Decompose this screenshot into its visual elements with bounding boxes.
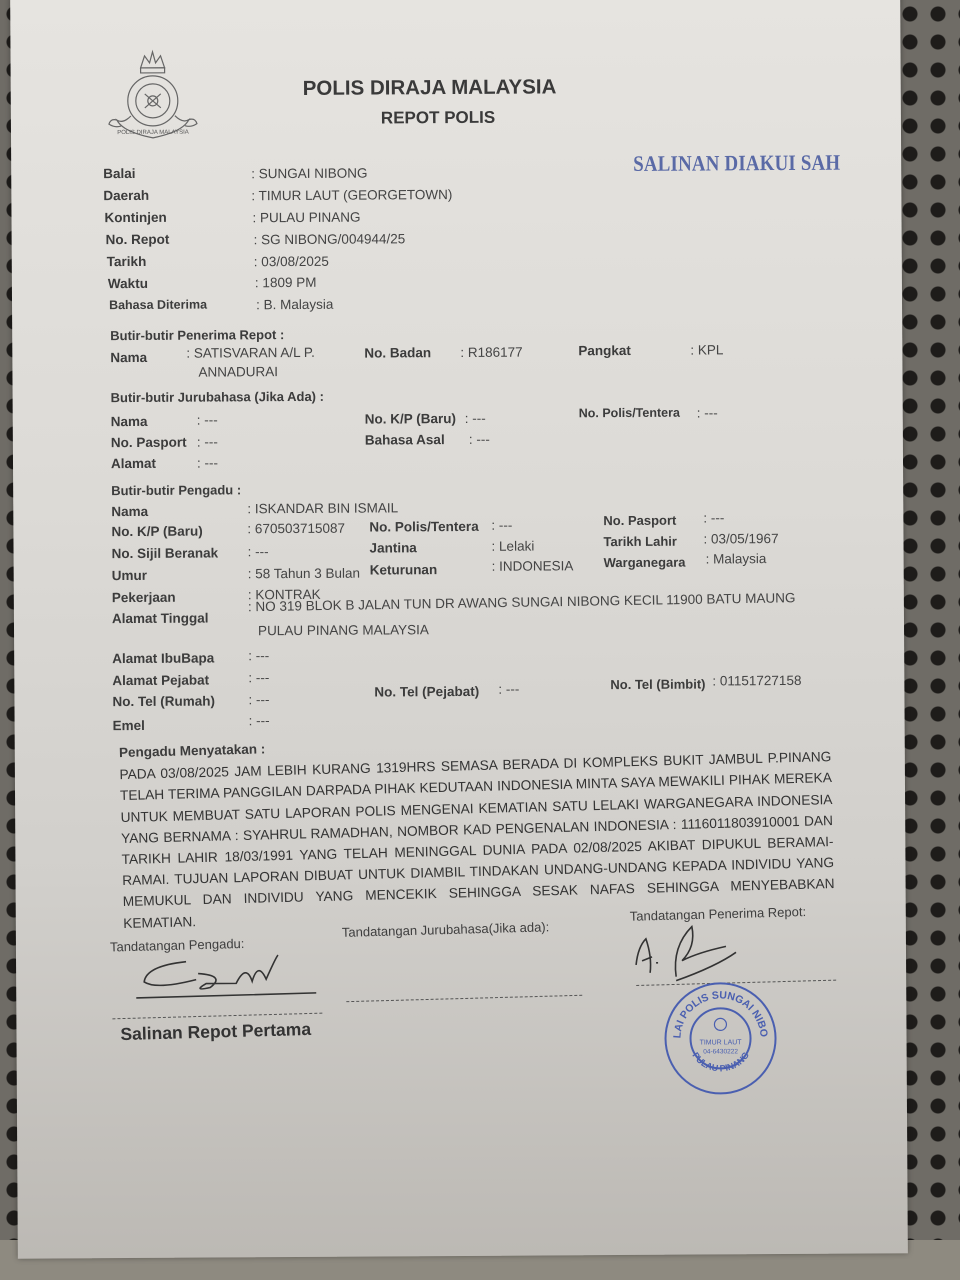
recipient-name-value: : SATISVARAN A/L P. <box>186 345 315 361</box>
station-label: Balai <box>103 166 135 181</box>
complainant-citizenship-value: : Malaysia <box>706 551 767 566</box>
complainant-age-value: : 58 Tahun 3 Bulan <box>248 566 360 582</box>
complainant-address-value-line2: PULAU PINANG MALAYSIA <box>258 622 429 638</box>
complainant-parents-address-value: : --- <box>248 648 269 663</box>
recipient-rank-value: : KPL <box>690 342 723 357</box>
complainant-office-address-value: : --- <box>248 670 269 685</box>
organization-title: POLIS DIRAJA MALAYSIA <box>303 75 557 101</box>
interpreter-ic-label: No. K/P (Baru) <box>365 411 456 427</box>
complaint-statement: Pengadu Menyatakan : PADA 03/08/2025 JAM… <box>119 724 836 934</box>
recipient-signature-icon <box>616 916 796 987</box>
time-label: Waktu <box>108 276 148 291</box>
complainant-address-value: : NO 319 BLOK B JALAN TUN DR AWANG SUNGA… <box>248 590 796 614</box>
complainant-dob-value: : 03/05/1967 <box>703 531 778 546</box>
complainant-passport-label: No. Pasport <box>603 513 676 528</box>
complainant-office-address-label: Alamat Pejabat <box>112 673 209 689</box>
complainant-ic-label: No. K/P (Baru) <box>111 524 202 540</box>
complainant-parents-address-label: Alamat IbuBapa <box>112 650 214 666</box>
first-copy-label: Salinan Repot Pertama <box>120 1019 311 1045</box>
complainant-age-label: Umur <box>112 568 147 583</box>
complainant-ic-value: : 670503715087 <box>247 521 345 537</box>
complainant-office-tel-value: : --- <box>498 682 519 697</box>
language-value: : B. Malaysia <box>256 297 333 312</box>
complainant-signature-icon <box>126 953 326 1004</box>
complainant-police-label: No. Polis/Tentera <box>369 519 478 535</box>
interpreter-signature-line <box>346 995 582 1002</box>
report-number-value: : SG NIBONG/004944/25 <box>254 231 406 247</box>
complainant-signature-line <box>112 1013 322 1020</box>
recipient-name-value-line2: ANNADURAI <box>198 364 278 379</box>
complainant-section-title: Butir-butir Pengadu : <box>111 482 241 498</box>
interpreter-name-value: : --- <box>197 412 218 427</box>
complainant-passport-value: : --- <box>703 510 724 525</box>
document-type-title: REPOT POLIS <box>381 108 495 129</box>
complainant-citizenship-label: Warganegara <box>604 555 686 570</box>
svg-text:TIMUR LAUT: TIMUR LAUT <box>700 1039 743 1046</box>
complainant-mobile-value: : 01151727158 <box>712 673 801 689</box>
station-value: : SUNGAI NIBONG <box>251 166 367 182</box>
complainant-email-value: : --- <box>249 713 270 728</box>
station-stamp-icon: BALAI POLIS SUNGAI NIBONG PULAU PINANG T… <box>662 980 779 1097</box>
complainant-descent-label: Keturunan <box>370 562 438 577</box>
complainant-address-label: Alamat Tinggal <box>112 611 209 627</box>
complainant-birthcert-value: : --- <box>248 544 269 559</box>
recipient-rank-label: Pangkat <box>578 343 631 358</box>
svg-text:04-6430222: 04-6430222 <box>703 1048 738 1055</box>
contingent-value: : PULAU PINANG <box>252 210 360 226</box>
recipient-section-title: Butir-butir Penerima Repot : <box>110 327 284 343</box>
interpreter-passport-label: No. Pasport <box>111 435 187 450</box>
complainant-office-tel-label: No. Tel (Pejabat) <box>374 684 479 700</box>
interpreter-name-label: Nama <box>111 414 148 429</box>
interpreter-police-value: : --- <box>697 405 718 420</box>
interpreter-address-label: Alamat <box>111 456 156 471</box>
complainant-name-label: Nama <box>111 504 148 519</box>
certified-copy-stamp: SALINAN DIAKUI SAH <box>633 150 840 177</box>
complainant-signature-label: Tandatangan Pengadu: <box>110 936 245 955</box>
svg-text:POLIS DIRAJA MALAYSIA: POLIS DIRAJA MALAYSIA <box>117 130 189 136</box>
interpreter-language-label: Bahasa Asal <box>365 432 445 447</box>
interpreter-ic-value: : --- <box>465 411 486 426</box>
date-value: : 03/08/2025 <box>254 254 329 269</box>
time-value: : 1809 PM <box>255 275 317 290</box>
police-crest-icon: POLIS DIRAJA MALAYSIA <box>92 45 213 146</box>
complainant-email-label: Emel <box>113 718 145 733</box>
interpreter-section-title: Butir-butir Jurubahasa (Jika Ada) : <box>111 389 324 405</box>
language-label: Bahasa Diterima <box>109 298 207 313</box>
complainant-police-value: : --- <box>491 518 512 533</box>
recipient-name-label: Nama <box>110 350 147 365</box>
interpreter-passport-value: : --- <box>197 434 218 449</box>
complainant-dob-label: Tarikh Lahir <box>603 534 677 549</box>
complainant-gender-value: : Lelaki <box>491 539 534 554</box>
police-report-document: POLIS DIRAJA MALAYSIA POLIS DIRAJA MALAY… <box>10 0 908 1259</box>
complainant-home-tel-label: No. Tel (Rumah) <box>112 693 215 709</box>
recipient-badge-value: : R186177 <box>460 345 522 360</box>
contingent-label: Kontinjen <box>104 210 166 225</box>
district-value: : TIMUR LAUT (GEORGETOWN) <box>251 187 452 203</box>
interpreter-police-label: No. Polis/Tentera <box>579 406 680 421</box>
interpreter-address-value: : --- <box>197 455 218 470</box>
complainant-occupation-label: Pekerjaan <box>112 590 176 605</box>
complainant-name-value: : ISKANDAR BIN ISMAIL <box>247 500 398 516</box>
interpreter-language-value: : --- <box>469 432 490 447</box>
complainant-mobile-label: No. Tel (Bimbit) <box>610 676 705 692</box>
date-label: Tarikh <box>107 254 147 269</box>
report-number-label: No. Repot <box>106 232 170 247</box>
complainant-home-tel-value: : --- <box>248 692 269 707</box>
district-label: Daerah <box>103 188 149 203</box>
complainant-descent-value: : INDONESIA <box>492 558 574 573</box>
recipient-badge-label: No. Badan <box>364 345 431 360</box>
complainant-gender-label: Jantina <box>369 540 416 555</box>
complainant-birthcert-label: No. Sijil Beranak <box>112 545 219 561</box>
